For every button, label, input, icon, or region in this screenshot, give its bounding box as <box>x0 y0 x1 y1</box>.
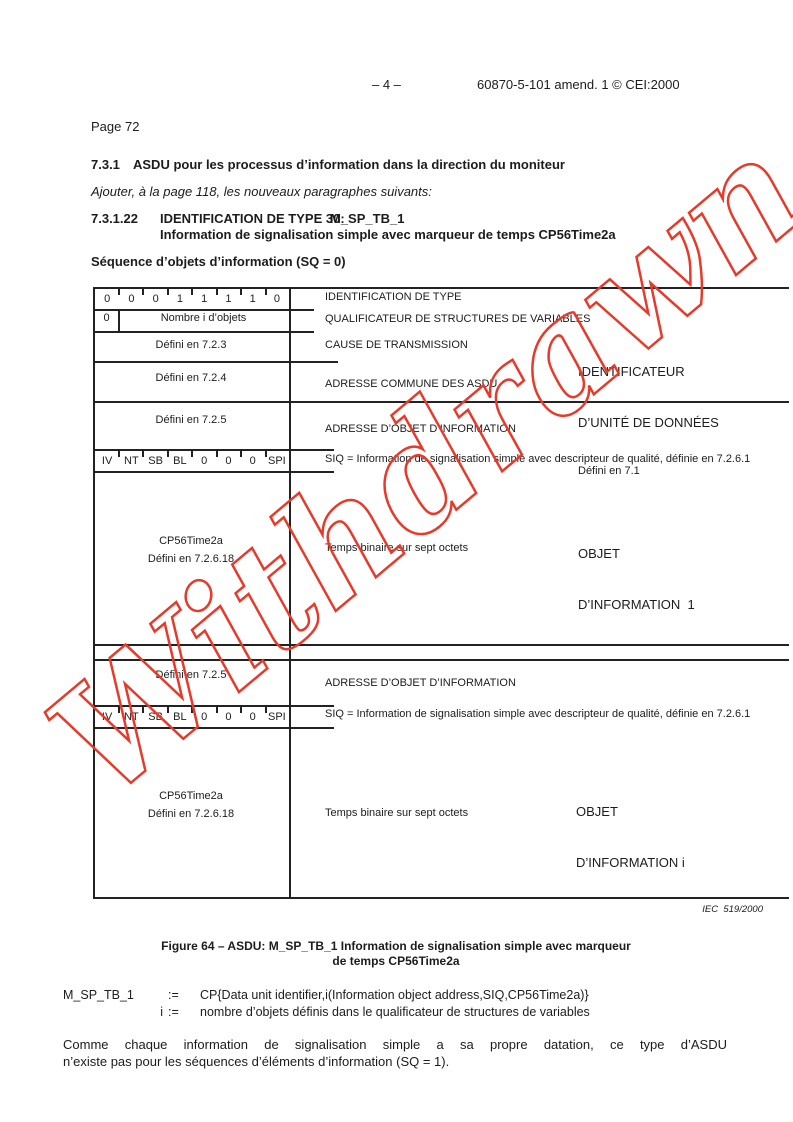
time-field-i-line1: CP56Time2a <box>95 790 287 802</box>
bit-cell: 1 <box>168 293 192 305</box>
definition-assign-1: := <box>168 988 179 1002</box>
bit-cell: SPI <box>265 455 289 467</box>
sequence-heading: Séquence d’objets d’information (SQ = 0) <box>91 254 346 270</box>
object1-line1: OBJET <box>578 545 695 562</box>
time-field-i-line2: Défini en 7.2.6.18 <box>95 808 287 820</box>
common-address-field: Défini en 7.2.4 <box>95 372 287 384</box>
definition-assign-2: := <box>168 1005 179 1019</box>
bit-cell: 0 <box>216 711 240 723</box>
header-doc-reference: 60870-5-101 amend. 1 © CEI:2000 <box>477 77 680 93</box>
type-id-bit-row: 0 0 0 1 1 1 1 0 <box>95 289 289 309</box>
diagram-line-objecti-top <box>93 659 789 661</box>
bit-cell: IV <box>95 711 119 723</box>
siq-bit-row-1: IV NT SB BL 0 0 0 SPI <box>95 451 289 471</box>
section-title: ASDU pour les processus d’information da… <box>133 157 565 173</box>
diagram-row-line <box>93 727 334 729</box>
siq-description-i: SIQ = Information de signalisation simpl… <box>325 708 750 720</box>
bit-cell: 0 <box>119 293 143 305</box>
bit-cell: 0 <box>192 455 216 467</box>
page-label: Page 72 <box>91 119 139 135</box>
bit-cell: 0 <box>241 455 265 467</box>
definition-value-1: CP{Data unit identifier,i(Information ob… <box>200 988 589 1002</box>
time-field-1-line2: Défini en 7.2.6.18 <box>95 553 287 565</box>
subsection-subtitle: Information de signalisation simple avec… <box>160 227 616 243</box>
common-address-description: ADRESSE COMMUNE DES ASDU <box>325 378 497 390</box>
figure-reference: IEC 519/2000 <box>702 904 763 915</box>
section-number: 7.3.1 <box>91 157 120 173</box>
cot-field: Défini en 7.2.3 <box>95 339 287 351</box>
bit-cell: 1 <box>192 293 216 305</box>
time-field-1-line1: CP56Time2a <box>95 535 287 547</box>
du-label-line3: Défini en 7.1 <box>578 465 719 478</box>
ioa-field-i: Défini en 7.2.5 <box>95 669 287 681</box>
bit-cell: 1 <box>241 293 265 305</box>
type-id-description: IDENTIFICATION DE TYPE <box>325 291 462 303</box>
siq-description-1: SIQ = Information de signalisation simpl… <box>325 453 750 465</box>
time-description-1: Temps binaire sur sept octets <box>325 542 468 554</box>
figure-caption-line1: Figure 64 – ASDU: M_SP_TB_1 Information … <box>63 939 729 954</box>
bit-cell: SPI <box>265 711 289 723</box>
ioa-description-1: ADRESSE D’OBJET D’INFORMATION <box>325 423 516 435</box>
bit-cell: 0 <box>192 711 216 723</box>
qualifier-description: QUALIFICATEUR DE STRUCTURES DE VARIABLES <box>325 313 590 325</box>
closing-line2: n’existe pas pour les séquences d’élémen… <box>63 1053 727 1070</box>
figure-caption: Figure 64 – ASDU: M_SP_TB_1 Information … <box>63 939 729 969</box>
subsection-number: 7.3.1.22 <box>91 211 138 227</box>
bit-cell: SB <box>144 711 168 723</box>
diagram-row-line <box>93 361 338 363</box>
bit-cell: 0 <box>265 293 289 305</box>
diagram-row-line <box>93 471 334 473</box>
du-label-line2: D’UNITÉ DE DONNÉES <box>578 414 719 431</box>
closing-paragraph: Comme chaque information de signalisatio… <box>63 1036 727 1070</box>
subsection-type-code: M_SP_TB_1 <box>330 211 404 227</box>
bit-cell: 0 <box>216 455 240 467</box>
qualifier-field: Nombre i d’objets <box>120 312 287 324</box>
objecti-line2: D’INFORMATION i <box>576 854 685 871</box>
diagram-row-line <box>93 331 314 333</box>
object1-line2: D’INFORMATION 1 <box>578 596 695 613</box>
bit-cell: 0 <box>241 711 265 723</box>
cot-description: CAUSE DE TRANSMISSION <box>325 339 468 351</box>
diagram-row-line <box>93 309 314 311</box>
definition-term-1: M_SP_TB_1 <box>63 988 134 1002</box>
bit-cell: 0 <box>95 293 119 305</box>
bit-cell: NT <box>119 711 143 723</box>
edit-instruction: Ajouter, à la page 118, les nouveaux par… <box>91 184 432 200</box>
definition-value-2: nombre d’objets définis dans le qualific… <box>200 1005 590 1019</box>
data-unit-identifier-label: IDENTIFICATEUR D’UNITÉ DE DONNÉES Défini… <box>578 329 719 512</box>
bit-cell: 1 <box>216 293 240 305</box>
ioa-description-i: ADRESSE D’OBJET D’INFORMATION <box>325 677 516 689</box>
siq-bit-row-i: IV NT SB BL 0 0 0 SPI <box>95 707 289 727</box>
subsection-title: IDENTIFICATION DE TYPE 30: <box>160 211 345 227</box>
figure-caption-line2: de temps CP56Time2a <box>63 954 729 969</box>
header-page-number: – 4 – <box>372 77 401 93</box>
ioa-field-1: Défini en 7.2.5 <box>95 414 287 426</box>
closing-line1: Comme chaque information de signalisatio… <box>63 1036 727 1053</box>
bit-cell: BL <box>168 455 192 467</box>
objecti-line1: OBJET <box>576 803 685 820</box>
qualifier-sq-bit: 0 <box>95 312 118 324</box>
bit-cell: SB <box>144 455 168 467</box>
document-page: – 4 – 60870-5-101 amend. 1 © CEI:2000 Pa… <box>0 0 793 1122</box>
bit-cell: NT <box>119 455 143 467</box>
definition-term-2: i <box>140 1005 163 1019</box>
objecti-label: OBJET D’INFORMATION i <box>576 769 685 905</box>
du-label-line1: IDENTIFICATEUR <box>578 363 719 380</box>
time-description-i: Temps binaire sur sept octets <box>325 807 468 819</box>
object1-label: OBJET D’INFORMATION 1 <box>578 511 695 647</box>
diagram-box-right-edge <box>289 287 291 899</box>
bit-cell: BL <box>168 711 192 723</box>
bit-cell: 0 <box>144 293 168 305</box>
bit-cell: IV <box>95 455 119 467</box>
